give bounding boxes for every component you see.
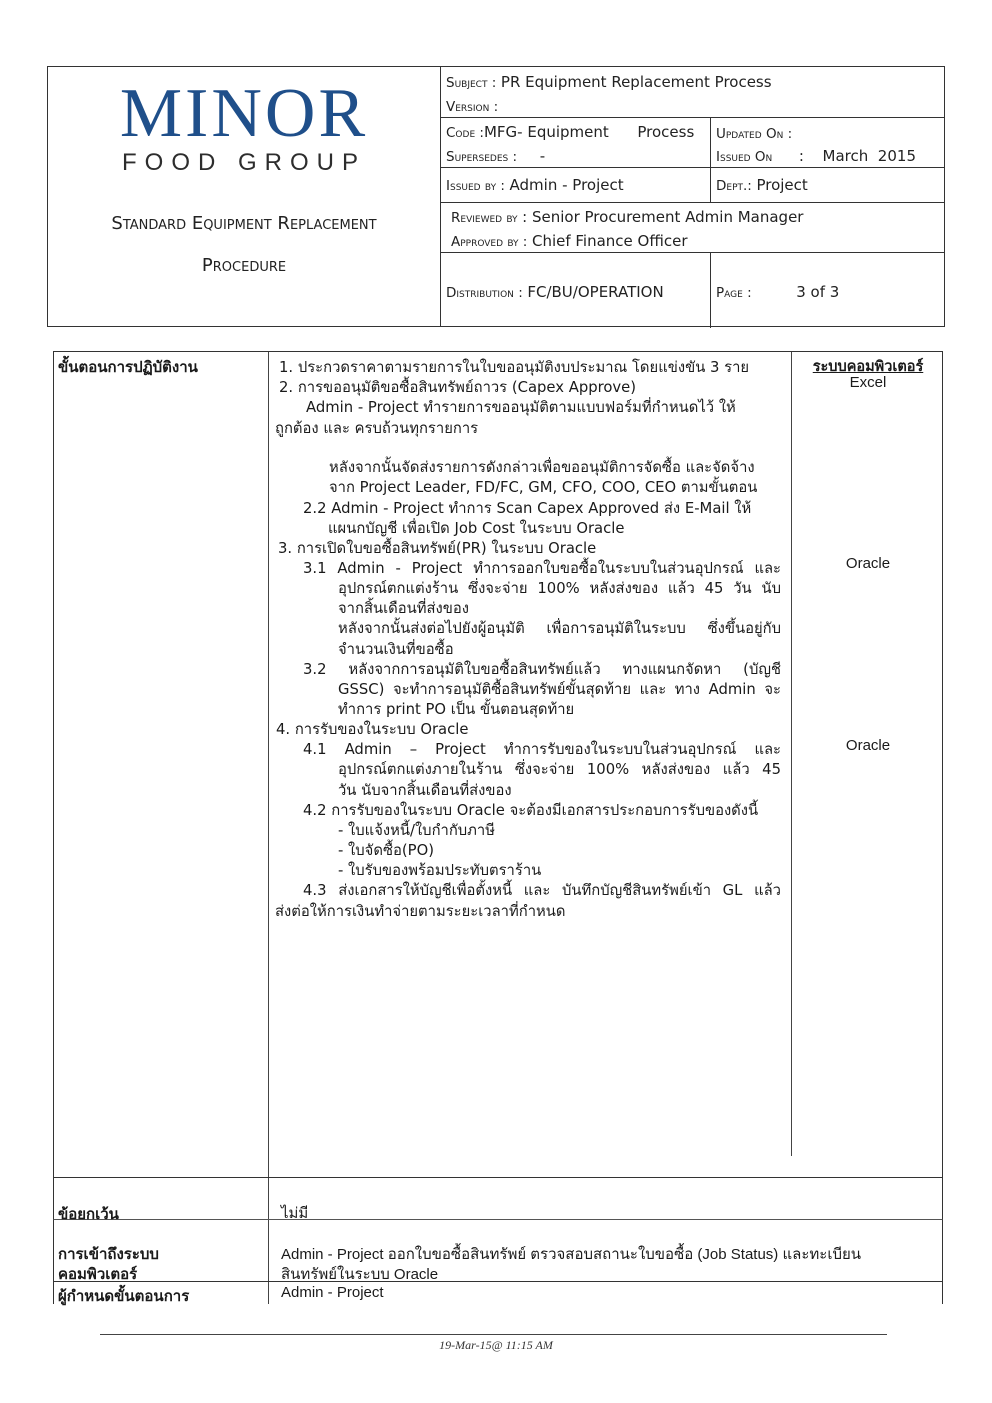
system-oracle: Oracle: [792, 737, 944, 754]
system-access-row: การเข้าถึงระบบ คอมพิวเตอร์ Admin - Proje…: [53, 1220, 943, 1282]
computer-system-column: ระบบคอมพิวเตอร์ Excel Oracle Oracle: [791, 352, 944, 1156]
exceptions-row: ข้อยกเว้น ไม่มี: [53, 1178, 943, 1220]
subject-value: PR Equipment Replacement Process: [501, 73, 772, 91]
procedure-owner-value: Admin - Project: [281, 1284, 384, 1301]
step-line: ส่งต่อให้การเงินทำจ่ายตามระยะเวลาที่กำหน…: [275, 899, 565, 923]
issued-on-field: Issued On : March 2015: [716, 147, 916, 165]
dept-field: Dept.: Project: [716, 176, 808, 194]
subject-field: Subject : PR Equipment Replacement Proce…: [446, 73, 772, 91]
updated-on-field: Updated On :: [716, 124, 792, 142]
supersedes-value: -: [540, 147, 545, 165]
step-line: ถูกต้อง และ ครบถ้วนทุกรายการ: [275, 416, 478, 440]
issued-by-field: Issued by : Admin - Project: [446, 176, 624, 194]
review-approve-row: Reviewed by : Senior Procurement Admin M…: [441, 203, 944, 253]
system-oracle: Oracle: [792, 555, 944, 572]
procedure-label-column: ขั้นตอนการปฏิบัติงาน: [54, 352, 269, 1177]
issued-by-value: Admin - Project: [510, 176, 624, 194]
approved-by-field: Approved by : Chief Finance Officer: [451, 232, 688, 250]
document-title-line1: Standard Equipment Replacement: [48, 213, 440, 234]
page-number: 3 of 3: [796, 283, 839, 301]
version-field: Version :: [446, 97, 498, 115]
approved-by-value: Chief Finance Officer: [532, 232, 688, 250]
header-meta-panel: Subject : PR Equipment Replacement Proce…: [441, 67, 944, 326]
subject-version-row: Subject : PR Equipment Replacement Proce…: [441, 67, 944, 118]
supersedes-field: Supersedes : -: [446, 147, 545, 165]
code-value: MFG- Equipment Process: [484, 123, 694, 141]
procedure-table: ขั้นตอนการปฏิบัติงาน 1. ประกวดราคาตามราย…: [53, 351, 943, 1178]
issued-by-row: Issued by : Admin - Project Dept.: Proje…: [441, 168, 944, 203]
procedure-owner-label: ผู้กำหนดขั้นตอนการ: [58, 1284, 189, 1308]
code-field: Code :MFG- Equipment Process: [446, 123, 694, 141]
distribution-value: FC/BU/OPERATION: [527, 283, 663, 301]
page-field: Page : 3 of 3: [716, 283, 839, 301]
dept-value: Project: [756, 176, 807, 194]
document-title-line2: Procedure: [48, 255, 440, 276]
code-dates-row: Code :MFG- Equipment Process Supersedes …: [441, 118, 944, 168]
distribution-field: Distribution : FC/BU/OPERATION: [446, 283, 664, 301]
company-logo-main: MINOR: [48, 79, 440, 149]
procedure-info-table: ข้อยกเว้น ไม่มี การเข้าถึงระบบ คอมพิวเตอ…: [53, 1178, 943, 1298]
footer-timestamp: 19-Mar-15@ 11:15 AM: [0, 1338, 992, 1353]
procedure-steps-column: 1. ประกวดราคาตามรายการในใบขออนุมัติงบประ…: [269, 352, 791, 1177]
footer-divider: [100, 1334, 887, 1335]
document-header: MINOR FOOD GROUP Standard Equipment Repl…: [47, 66, 945, 327]
company-logo-sub: FOOD GROUP: [48, 149, 440, 177]
procedure-owner-row: ผู้กำหนดขั้นตอนการ Admin - Project: [53, 1282, 943, 1304]
reviewed-by-value: : Senior Procurement Admin Manager: [522, 208, 803, 226]
reviewed-by-field: Reviewed by : Senior Procurement Admin M…: [451, 208, 803, 226]
distribution-page-row: Distribution : FC/BU/OPERATION Page : 3 …: [441, 253, 944, 328]
header-logo-panel: MINOR FOOD GROUP Standard Equipment Repl…: [48, 67, 441, 326]
system-excel: Excel: [792, 374, 944, 391]
issued-on-value: March 2015: [823, 147, 916, 165]
procedure-heading: ขั้นตอนการปฏิบัติงาน: [58, 355, 198, 379]
